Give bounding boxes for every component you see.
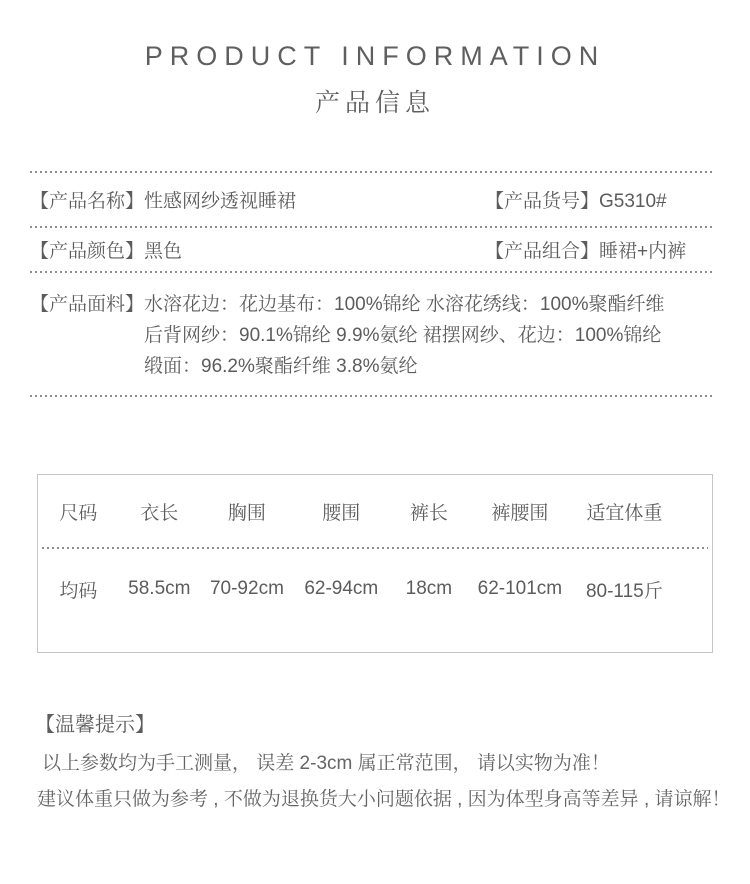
dotted-divider bbox=[30, 395, 713, 397]
attribute-product-sku: 【产品货号】G5310# bbox=[485, 186, 720, 213]
size-chart-table: 尺码 衣长 胸围 腰围 裤长 裤腰围 适宜体重 均码 58.5cm 70-92c… bbox=[37, 474, 713, 653]
attribute-product-color: 【产品颜色】黑色 bbox=[30, 236, 485, 263]
page-title-en: PRODUCT INFORMATION bbox=[0, 40, 750, 72]
size-chart-value-row: 均码 58.5cm 70-92cm 62-94cm 18cm 62-101cm … bbox=[38, 549, 712, 629]
size-chart-cell: 70-92cm bbox=[200, 578, 294, 600]
size-chart-header: 尺码 bbox=[38, 498, 119, 525]
attribute-value: 性感网纱透视睡裙 bbox=[144, 191, 296, 212]
material-line: 水溶花边：花边基布：100%锦纶 水溶花绣线：100%聚酯纤维 bbox=[144, 289, 750, 320]
size-chart-header-row: 尺码 衣长 胸围 腰围 裤长 裤腰围 适宜体重 bbox=[38, 475, 712, 547]
attribute-value: 睡裙+内裤 bbox=[599, 241, 686, 262]
attribute-label: 【产品名称】 bbox=[30, 191, 144, 212]
notice-title: 【温馨提示】 bbox=[35, 713, 750, 737]
attribute-label: 【产品面料】 bbox=[30, 289, 144, 382]
attribute-value: G5310# bbox=[599, 191, 667, 212]
size-chart-cell: 62-101cm bbox=[469, 578, 570, 600]
attribute-label: 【产品货号】 bbox=[485, 191, 599, 212]
size-chart-cell: 80-115斤 bbox=[570, 576, 678, 603]
size-chart-header: 裤腰围 bbox=[469, 498, 570, 525]
size-chart-header: 腰围 bbox=[294, 498, 388, 525]
notice-line: 以上参数均为手工测量， 误差 2-3cm 属正常范围， 请以实物为准！ bbox=[42, 753, 750, 775]
dotted-divider bbox=[30, 271, 713, 273]
attribute-product-name: 【产品名称】性感网纱透视睡裙 bbox=[30, 186, 485, 213]
attribute-product-combo: 【产品组合】睡裙+内裤 bbox=[485, 236, 720, 263]
attribute-row-color-combo: 【产品颜色】黑色 【产品组合】睡裙+内裤 bbox=[30, 228, 720, 271]
material-line: 缎面：96.2%聚酯纤维 3.8%氨纶 bbox=[144, 351, 750, 382]
page-header: PRODUCT INFORMATION 产品信息 bbox=[0, 0, 750, 118]
size-chart-cell: 58.5cm bbox=[119, 578, 200, 600]
attribute-row-name-sku: 【产品名称】性感网纱透视睡裙 【产品货号】G5310# bbox=[30, 173, 720, 226]
size-chart-header: 衣长 bbox=[119, 498, 200, 525]
attribute-label: 【产品组合】 bbox=[485, 241, 599, 262]
size-chart-cell: 62-94cm bbox=[294, 578, 388, 600]
notice-section: 【温馨提示】 以上参数均为手工测量， 误差 2-3cm 属正常范围， 请以实物为… bbox=[35, 713, 750, 811]
size-chart-header: 胸围 bbox=[200, 498, 294, 525]
attribute-value: 黑色 bbox=[144, 241, 182, 262]
size-chart-header: 适宜体重 bbox=[570, 498, 678, 525]
attribute-product-material: 【产品面料】 水溶花边：花边基布：100%锦纶 水溶花绣线：100%聚酯纤维 后… bbox=[30, 289, 750, 382]
size-chart-cell: 18cm bbox=[388, 578, 469, 600]
size-chart-header: 裤长 bbox=[388, 498, 469, 525]
material-description: 水溶花边：花边基布：100%锦纶 水溶花绣线：100%聚酯纤维 后背网纱：90.… bbox=[144, 289, 750, 382]
attribute-label: 【产品颜色】 bbox=[30, 241, 144, 262]
page-title-zh: 产品信息 bbox=[0, 88, 750, 118]
product-information-page: PRODUCT INFORMATION 产品信息 【产品名称】性感网纱透视睡裙 … bbox=[0, 0, 750, 884]
attributes-section: 【产品名称】性感网纱透视睡裙 【产品货号】G5310# 【产品颜色】黑色 【产品… bbox=[0, 171, 750, 397]
material-line: 后背网纱：90.1%锦纶 9.9%氨纶 裙摆网纱、花边：100%锦纶 bbox=[144, 320, 750, 351]
size-chart-cell: 均码 bbox=[38, 576, 119, 603]
notice-line: 建议体重只做为参考 , 不做为退换货大小问题依据 , 因为体型身高等差异 , 请… bbox=[37, 789, 750, 811]
